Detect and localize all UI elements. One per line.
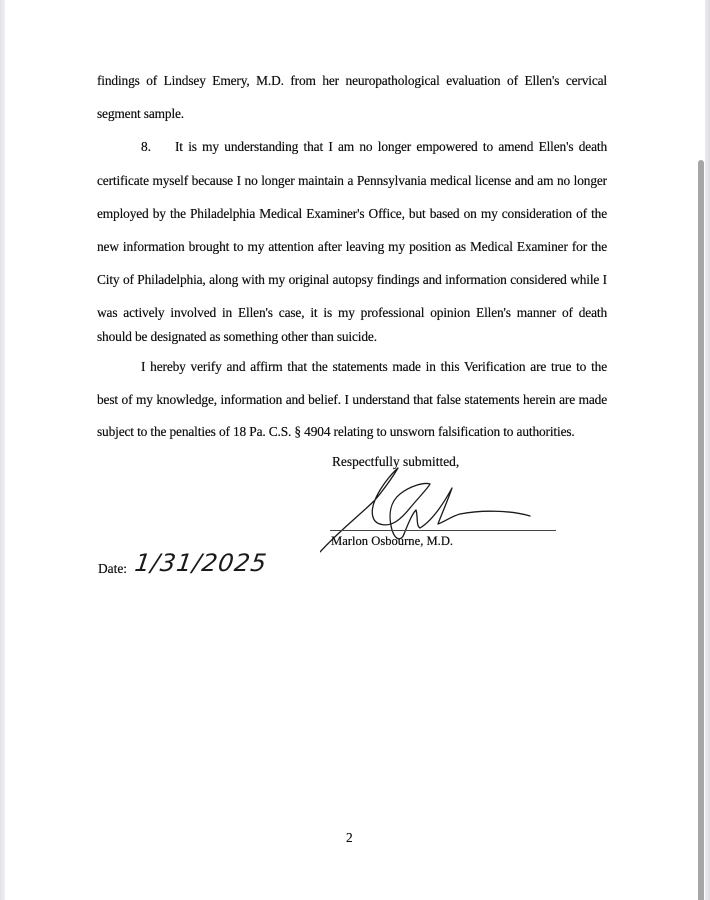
body-text-line: best of my knowledge, information and be… bbox=[97, 392, 607, 408]
handwritten-date: 1/31/2025 bbox=[133, 548, 269, 578]
body-text-line: findings of Lindsey Emery, M.D. from her… bbox=[97, 73, 607, 89]
signature-line bbox=[330, 530, 556, 531]
body-text-line: It is my understanding that I am no long… bbox=[175, 139, 607, 155]
body-text-line: should be designated as something other … bbox=[97, 329, 607, 345]
paragraph-number: 8. bbox=[141, 139, 151, 155]
body-text-line: was actively involved in Ellen's case, i… bbox=[97, 305, 607, 321]
page-right-border bbox=[705, 0, 710, 900]
date-label: Date: bbox=[98, 561, 127, 577]
body-text-line: segment sample. bbox=[97, 106, 607, 122]
signer-name: Marlon Osbourne, M.D. bbox=[331, 533, 453, 549]
body-text-line: new information brought to my attention … bbox=[97, 239, 607, 255]
page-left-border bbox=[0, 0, 5, 900]
body-text-line: employed by the Philadelphia Medical Exa… bbox=[97, 206, 607, 222]
page-number: 2 bbox=[346, 830, 353, 846]
body-text-line: I hereby verify and affirm that the stat… bbox=[141, 359, 607, 375]
body-text-line: subject to the penalties of 18 Pa. C.S. … bbox=[97, 424, 607, 440]
body-text-line: certificate myself because I no longer m… bbox=[97, 173, 607, 189]
body-text-line: City of Philadelphia, along with my orig… bbox=[97, 272, 607, 288]
scrollbar-thumb[interactable] bbox=[698, 160, 704, 900]
document-page bbox=[5, 0, 697, 900]
